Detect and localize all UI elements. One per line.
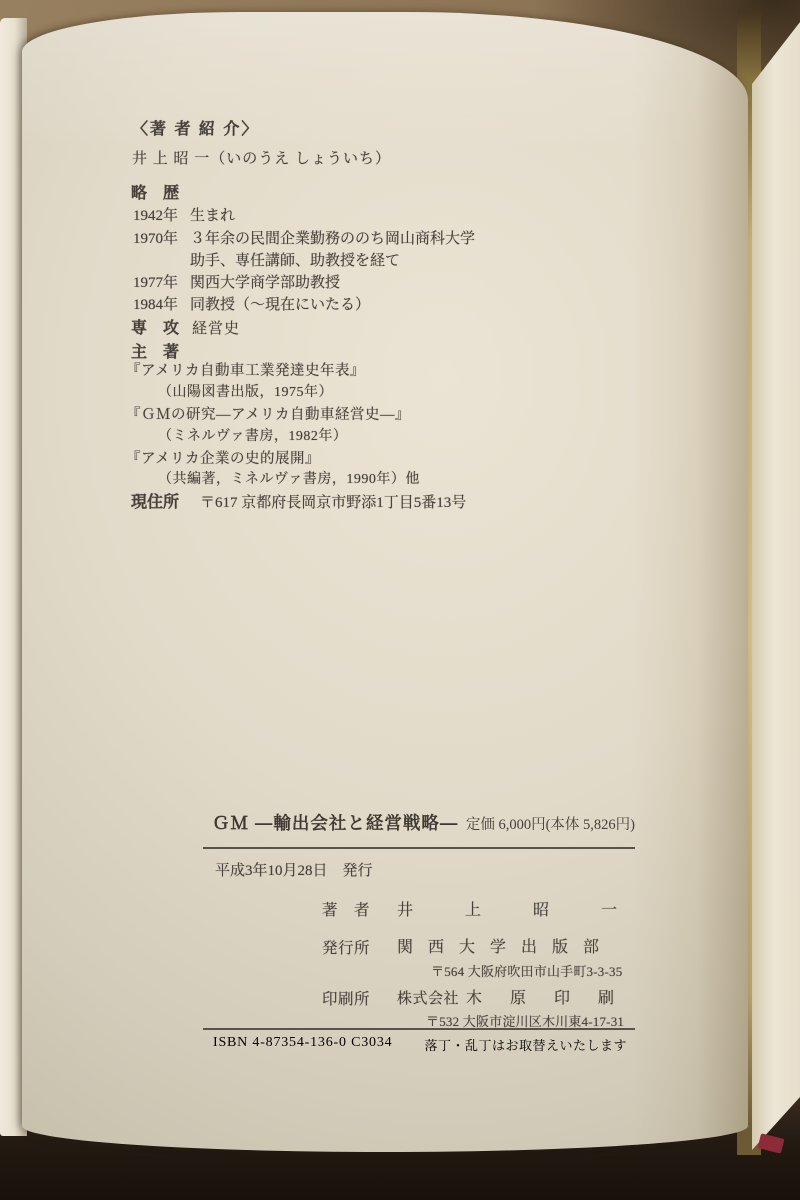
publisher-label: 発行所 [322,936,370,958]
publisher-address: 〒564 大阪府吹田市山手町3-3-35 [431,961,622,980]
rule-bottom [203,1028,635,1030]
book-facing-page [752,22,800,1162]
printer-label: 印刷所 [322,987,370,1009]
publisher-value: 関西大学出版部 [397,934,614,957]
author-label: 著 者 [322,898,370,920]
printer-value: 株式会社木原印刷 [397,985,642,1008]
career-year: 1984年 [133,293,190,314]
printer-company-name: 木原印刷 [466,990,642,1007]
photo-scene: 〈著 者 紹 介〉 井 上 昭 一（いのうえ しょういち） 略 歴 1942年生… [0,0,800,1200]
career-row: 1942年生まれ [133,204,235,225]
book-title: ＧＭ ―輸出会社と経営戦略― [212,810,458,835]
career-row: 1977年関西大学商学部助教授 [133,271,340,292]
colophon-bottom-row: ISBN 4-87354-136-0 C3034 落丁・乱丁はお取替えいたします [203,1035,627,1054]
career-year: 1977年 [133,271,190,292]
work-publisher: （ミネルヴァ書房，1982年） [158,425,347,445]
address-row: 現住所〒617 京都府長岡京市野添1丁目5番13号 [131,489,466,512]
major-row: 専 攻経営史 [131,315,240,338]
work-publisher: （山陽図書出版，1975年） [158,381,333,401]
career-text: 生まれ [190,208,235,224]
career-year: 1970年 [133,227,190,248]
author-intro-heading: 〈著 者 紹 介〉 [132,116,259,139]
career-text: 助手、専任講師、助教授を経て [190,253,400,269]
career-text: 同教授（～現在にいたる） [190,297,370,313]
major-label: 専 攻 [131,320,179,337]
printer-company-prefix: 株式会社 [397,991,459,1007]
work-title: 『アメリカ自動車工業発達史年表』 [126,359,365,380]
isbn-code: ISBN 4-87354-136-0 C3034 [213,1035,392,1054]
address-label: 現住所 [131,494,179,511]
major-value: 経営史 [192,321,240,337]
work-title: 『ＧＭの研究―アメリカ自動車経営史―』 [126,403,410,424]
career-text: 関西大学商学部助教授 [190,275,340,291]
replacement-note: 落丁・乱丁はお取替えいたします [424,1035,627,1054]
colophon-title-row: ＧＭ ―輸出会社と経営戦略― 定価 6,000円(本体 5,826円) [203,810,635,835]
address-value: 〒617 京都府長岡京市野添1丁目5番13号 [200,495,466,511]
work-publisher: （共編著，ミネルヴァ書房，1990年）他 [158,468,420,488]
career-row: 1984年同教授（～現在にいたる） [133,293,370,314]
rule-top [203,847,635,849]
book-price: 定価 6,000円(本体 5,826円) [466,813,635,834]
book-colophon-page: 〈著 者 紹 介〉 井 上 昭 一（いのうえ しょういち） 略 歴 1942年生… [22,12,748,1152]
career-row: 助手、専任講師、助教授を経て [133,249,400,270]
author-value: 井上昭一 [397,897,669,920]
career-year: 1942年 [133,204,190,225]
career-text: ３年余の民間企業勤務ののち岡山商科大学 [190,231,475,247]
author-name-line: 井 上 昭 一（いのうえ しょういち） [132,147,391,168]
work-title: 『アメリカ企業の史的展開』 [126,447,320,468]
publication-date: 平成3年10月28日 発行 [215,859,373,880]
career-row: 1970年３年余の民間企業勤務ののち岡山商科大学 [133,227,475,248]
career-label: 略 歴 [131,180,179,203]
